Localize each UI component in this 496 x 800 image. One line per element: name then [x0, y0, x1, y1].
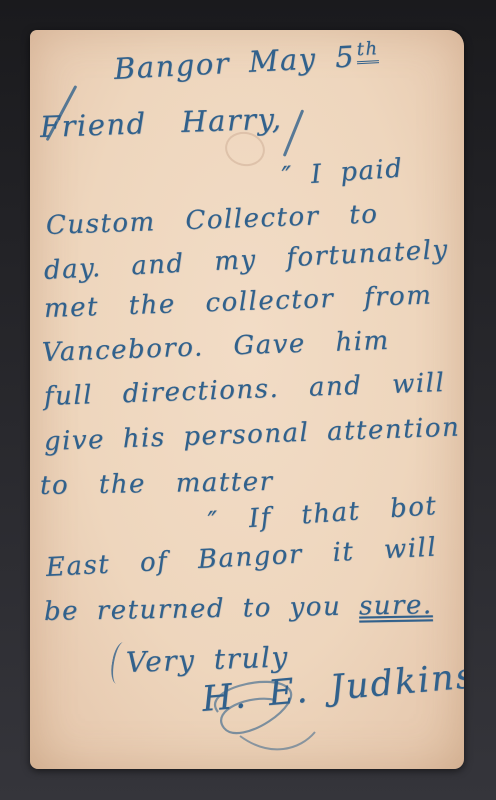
body-line: to the matter: [40, 467, 274, 501]
dateline-ordinal-suffix: th: [356, 38, 379, 64]
body-line: Custom Collector to: [45, 199, 378, 241]
body-line: Vanceboro. Gave him: [41, 326, 390, 368]
photo-background: Bangor May 5th Friend Harry, ″ I paid Cu…: [0, 0, 496, 800]
body-line: East of Bangor it will: [45, 533, 438, 583]
underlined-word: sure.: [359, 590, 433, 621]
body-line: ″ I paid: [281, 154, 404, 192]
body-line: day. and my fortunately: [43, 235, 449, 286]
body-line: give his personal attention: [43, 412, 460, 457]
pen-stroke: [283, 109, 304, 156]
body-line: met the collector from: [43, 280, 432, 324]
closing: Very truly: [125, 640, 289, 679]
dateline: Bangor May 5th: [113, 38, 380, 86]
body-line: full directions. and will: [43, 368, 445, 412]
postcard: Bangor May 5th Friend Harry, ″ I paid Cu…: [30, 30, 464, 769]
dateline-text: Bangor May 5: [113, 39, 356, 86]
body-line: be returned to you sure.: [44, 590, 433, 627]
body-line-text: be returned to you: [44, 592, 342, 627]
